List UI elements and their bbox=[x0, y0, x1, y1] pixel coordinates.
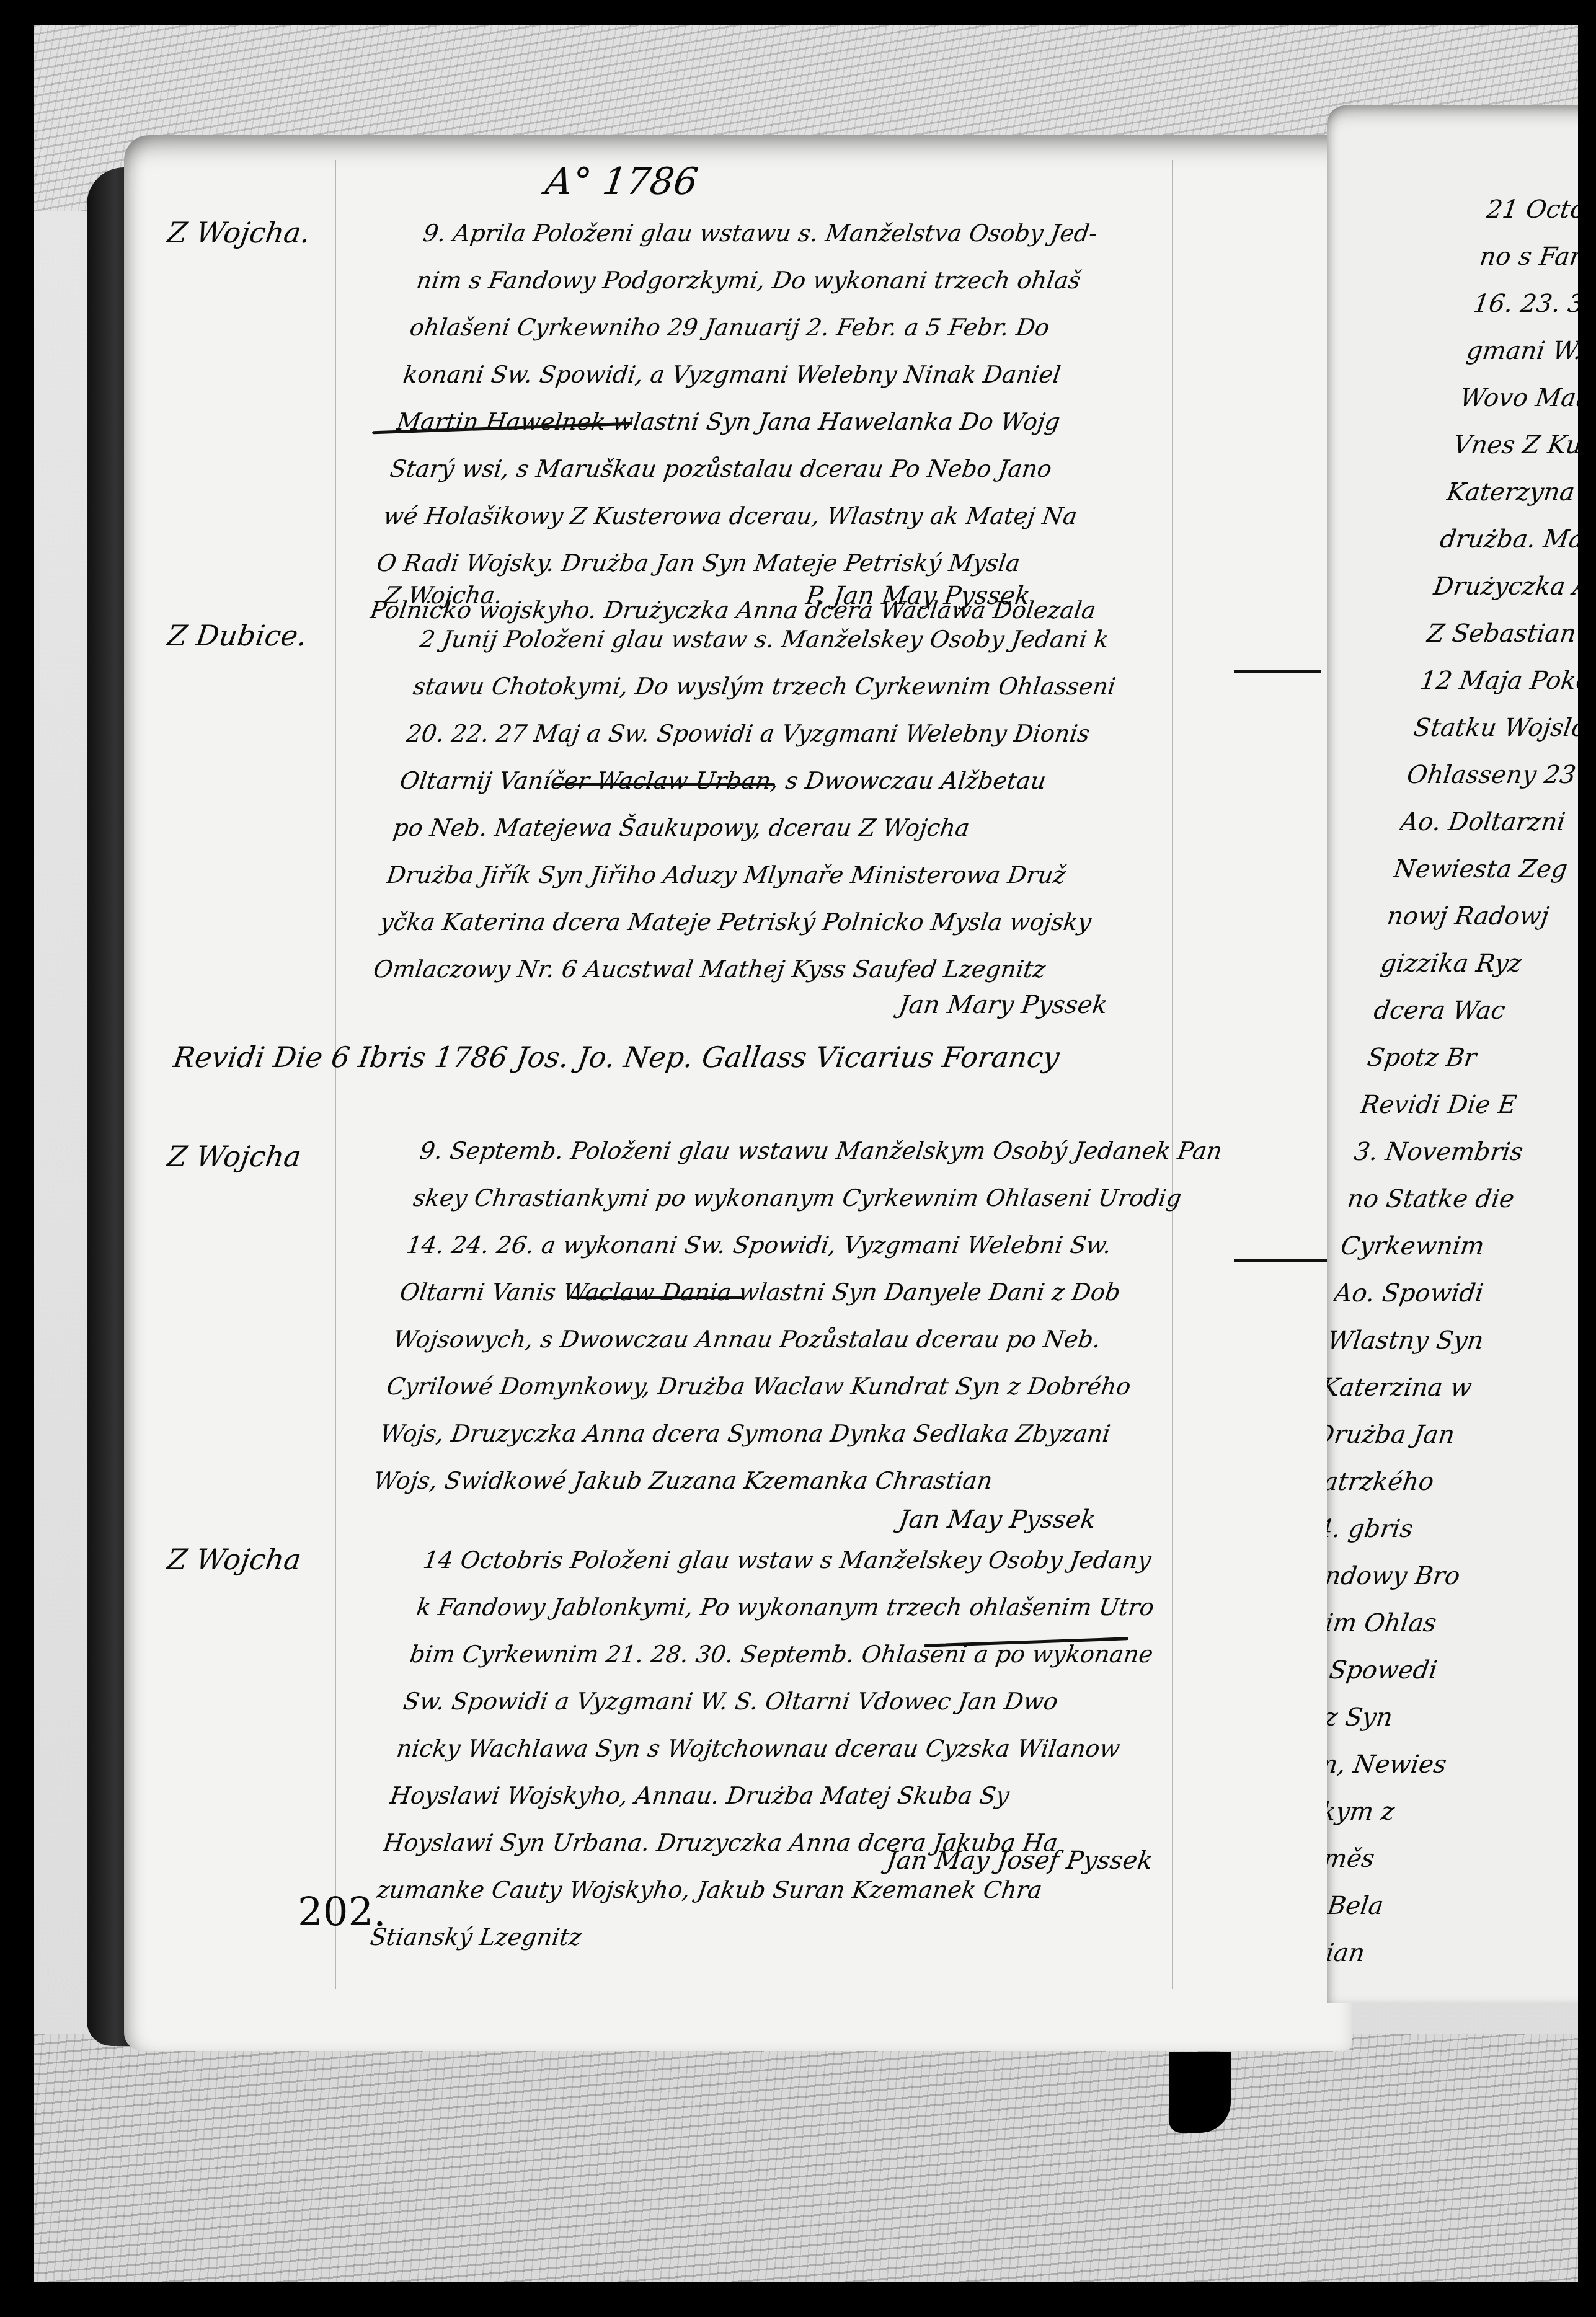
recto-line: Drużba Jan bbox=[1327, 1411, 1578, 1458]
recto-line: Staroměs bbox=[1327, 1835, 1518, 1882]
entry-3-village: Z Wojcha bbox=[165, 1140, 303, 1173]
page-corner-shadow bbox=[1169, 2052, 1231, 2133]
entry-1-text: 9. Aprila Položeni glau wstawu s. Manžel… bbox=[367, 210, 1338, 634]
entry-line: Oltarni Vanis Waclaw Dania wlastni Syn D… bbox=[397, 1269, 1315, 1316]
microfilm-frame: A° 1786 Z Wojcha. 9. Aprila Položeni gla… bbox=[34, 25, 1578, 2282]
recto-line: Ao. Spowedi bbox=[1327, 1647, 1545, 1694]
entry-1-village-footer: Z Wojcha. bbox=[383, 582, 504, 609]
entry-line: Cyrilowé Domynkowy, Drużba Waclaw Kundra… bbox=[384, 1363, 1302, 1410]
entry-line: Oltarnij Vaníčer Waclaw Urban, s Dwowcza… bbox=[397, 757, 1315, 804]
recto-line: Wolskym z bbox=[1327, 1788, 1525, 1835]
recto-line: Katerzyna Wla bbox=[1443, 469, 1578, 516]
recto-line: Ao. Spowidi bbox=[1331, 1270, 1578, 1317]
entry-line: ohlašeni Cyrkewniho 29 Januarij 2. Febr.… bbox=[407, 304, 1325, 351]
recto-line: Stalz Syn bbox=[1327, 1694, 1538, 1741]
recto-line: gizzika Ryz bbox=[1377, 940, 1578, 987]
entry-4-signature: Jan May Josef Pyssek bbox=[885, 1846, 1155, 1875]
entry-line: 14. 24. 26. a wykonani Sw. Spowidi, Vyzg… bbox=[404, 1221, 1322, 1269]
recto-line: 12 Maja Poko bbox=[1417, 657, 1578, 704]
recto-text: 21 Octobris Po no s Fandowy 16. 23. 30 g… bbox=[1327, 186, 1578, 1977]
entry-line: nicky Wachlawa Syn s Wojtchownau dcerau … bbox=[394, 1725, 1312, 1772]
recto-line: Revidi Die E bbox=[1357, 1081, 1578, 1128]
entry-1-signature: P. Jan May Pyssek bbox=[804, 582, 1032, 610]
page-number: 202. bbox=[298, 1890, 386, 1936]
entry-2-village: Z Dubice. bbox=[165, 619, 309, 652]
entry-line: Drużba Jiřík Syn Jiřiho Aduzy Mlynaře Mi… bbox=[384, 851, 1302, 898]
recto-line: Katerzina w bbox=[1327, 1364, 1578, 1411]
entry-line: Wojsowych, s Dwowczau Annau Pozůstalau d… bbox=[390, 1316, 1308, 1363]
underline-stroke bbox=[552, 783, 775, 786]
recto-line: no Statke die bbox=[1344, 1176, 1578, 1223]
margin-pointer-mark bbox=[1234, 670, 1321, 673]
entry-line: k Fandowy Jablonkymi, Po wykonanym trzec… bbox=[414, 1584, 1332, 1631]
recto-line: Ohlasseny 23 bbox=[1404, 751, 1578, 799]
entry-line: Hoyslawi Syn Urbana. Druzyczka Anna dcer… bbox=[380, 1819, 1298, 1866]
recto-line: Fandowy Bro bbox=[1327, 1553, 1558, 1600]
recto-line: 21 Octobris Po bbox=[1483, 186, 1578, 233]
entry-line: 14 Octobris Položeni glau wstaw s Manžel… bbox=[420, 1536, 1338, 1584]
entry-4-text: 14 Octobris Položeni glau wstaw s Manžel… bbox=[367, 1536, 1338, 1960]
recto-line: gmani W. S. bbox=[1463, 327, 1578, 374]
year-heading: A° 1786 bbox=[543, 160, 701, 203]
recto-line: Spotz Br bbox=[1364, 1034, 1578, 1081]
recto-line: Vnes Z Kunst bbox=[1450, 422, 1578, 469]
entry-3-text: 9. Septemb. Položeni glau wstawu Manžels… bbox=[370, 1127, 1334, 1504]
entry-line: wé Holašikowy Z Kusterowa dcerau, Wlastn… bbox=[380, 492, 1298, 539]
entry-line: yčka Katerina dcera Mateje Petriský Poln… bbox=[377, 898, 1295, 946]
entry-line: Martin Hawelnek wlastni Syn Jana Hawelan… bbox=[394, 398, 1312, 445]
recto-line: Statku Wojslo bbox=[1411, 704, 1578, 751]
recto-line: nowj Radowj bbox=[1384, 893, 1578, 940]
recto-line: Wovo Matejowy bbox=[1457, 374, 1578, 422]
underline-stroke bbox=[570, 1296, 744, 1299]
entry-line: Stianský Lzegnitz bbox=[367, 1913, 1285, 1960]
recto-line: Skym, Newies bbox=[1327, 1741, 1532, 1788]
recto-line: Cyrkewnim bbox=[1337, 1223, 1578, 1270]
recto-line: Chrastian bbox=[1327, 1929, 1505, 1977]
recto-line: 3. Novembris bbox=[1351, 1128, 1578, 1176]
revision-note: Revidi Die 6 Ibris 1786 Jos. Jo. Nep. Ga… bbox=[171, 1040, 1062, 1074]
recto-line: drużba. Matej bbox=[1437, 516, 1578, 563]
entry-line: Sw. Spowidi a Vyzgmani W. S. Oltarni Vdo… bbox=[400, 1678, 1318, 1725]
entry-line: 9. Septemb. Položeni glau wstawu Manžels… bbox=[417, 1127, 1335, 1174]
entry-4-village: Z Wojcha bbox=[165, 1543, 303, 1576]
margin-rule bbox=[335, 160, 336, 1989]
entry-line: skey Chrastiankymi po wykonanym Cyrkewni… bbox=[410, 1174, 1328, 1221]
entry-2-text: 2 Junij Položeni glau wstaw s. Manželske… bbox=[370, 616, 1334, 993]
entry-line: Wojs, Swidkowé Jakub Zuzana Kzemanka Chr… bbox=[370, 1457, 1288, 1504]
entry-line: konani Sw. Spowidi, a Vyzgmani Welebny N… bbox=[400, 351, 1318, 398]
entry-line: stawu Chotokymi, Do wyslým trzech Cyrkew… bbox=[410, 663, 1328, 710]
entry-1-village: Z Wojcha. bbox=[165, 216, 313, 249]
register-page-verso: A° 1786 Z Wojcha. 9. Aprila Položeni gla… bbox=[124, 135, 1352, 2051]
entry-line: O Radi Wojsky. Drużba Jan Syn Mateje Pet… bbox=[374, 539, 1292, 587]
entry-line: Starý wsi, s Maruškau pozůstalau dcerau … bbox=[387, 445, 1305, 492]
recto-line: 24. gbris bbox=[1327, 1505, 1565, 1553]
entry-3-signature: Jan May Pyssek bbox=[897, 1505, 1097, 1534]
recto-line: Newiesta Zeg bbox=[1391, 846, 1578, 893]
entry-line: Wojs, Druzyczka Anna dcera Symona Dynka … bbox=[377, 1410, 1295, 1457]
register-page-recto: 21 Octobris Po no s Fandowy 16. 23. 30 g… bbox=[1327, 105, 1578, 2003]
entry-line: bim Cyrkewnim 21. 28. 30. Septemb. Ohlas… bbox=[407, 1631, 1325, 1678]
recto-line: wnim Ohlas bbox=[1327, 1600, 1552, 1647]
entry-2-signature: Jan Mary Pyssek bbox=[897, 991, 1110, 1019]
entry-line: 2 Junij Položeni glau wstaw s. Manželske… bbox=[417, 616, 1335, 663]
entry-line: nim s Fandowy Podgorzkymi, Do wykonani t… bbox=[414, 257, 1332, 304]
recto-line: no s Fandowy bbox=[1477, 233, 1578, 280]
recto-line: Z Sebastian A bbox=[1424, 610, 1578, 657]
entry-line: Hoyslawi Wojskyho, Annau. Drużba Matej S… bbox=[387, 1772, 1305, 1819]
backdrop-cloth-bottom bbox=[34, 2034, 1578, 2282]
entry-line: 20. 22. 27 Maj a Sw. Spowidi a Vyzgmani … bbox=[404, 710, 1322, 757]
entry-line: po Neb. Matejewa Šaukupowy, dcerau Z Woj… bbox=[390, 804, 1308, 851]
entry-line: Omlaczowy Nr. 6 Aucstwal Mathej Kyss Sau… bbox=[370, 946, 1288, 993]
recto-line: Jakub Bela bbox=[1327, 1882, 1512, 1929]
recto-line: dcera Wac bbox=[1371, 987, 1578, 1034]
recto-line: 16. 23. 30 bbox=[1470, 280, 1578, 327]
recto-line: Ao. Doltarzni bbox=[1397, 799, 1578, 846]
recto-line: Wlastny Syn bbox=[1327, 1317, 1578, 1364]
recto-line: Drużyczka Ann bbox=[1430, 563, 1578, 610]
entry-line: zumanke Cauty Wojskyho, Jakub Suran Kzem… bbox=[374, 1866, 1292, 1913]
recto-line: Patrzkého bbox=[1327, 1458, 1572, 1505]
entry-line: 9. Aprila Položeni glau wstawu s. Manžel… bbox=[420, 210, 1338, 257]
